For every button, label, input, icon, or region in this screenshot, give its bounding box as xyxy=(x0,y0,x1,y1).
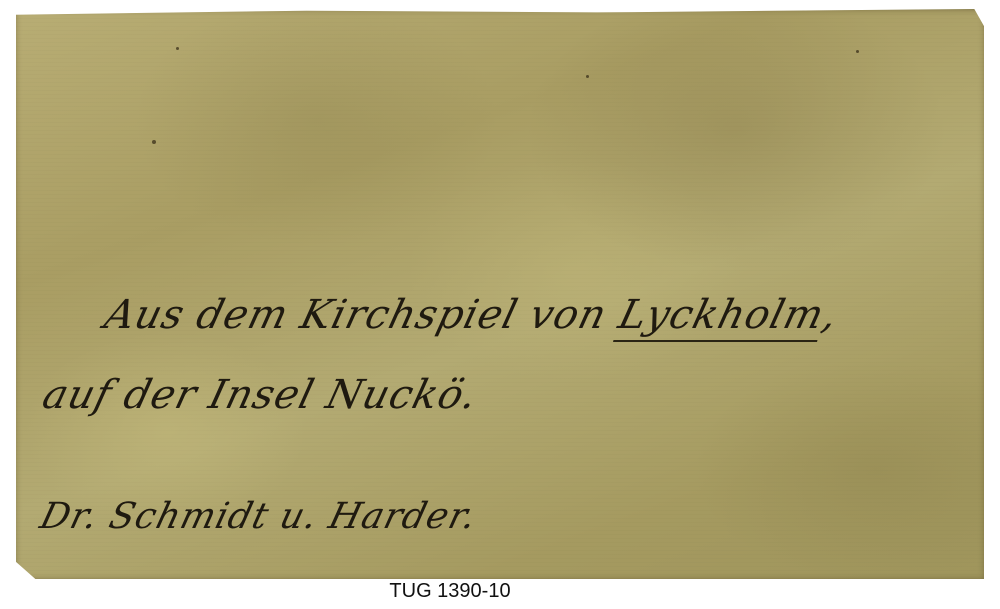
ink-speck xyxy=(856,50,859,53)
ink-speck xyxy=(152,140,156,144)
manuscript-line-1: Aus dem Kirchspiel von Lyckholm, xyxy=(100,292,843,338)
line-1-place-name: Lyckholm xyxy=(613,292,829,342)
ink-speck xyxy=(586,75,589,78)
ink-speck xyxy=(176,47,179,50)
line-1-prefix: Aus dem Kirchspiel von xyxy=(100,292,626,338)
manuscript-signature-line: Dr. Schmidt u. Harder. xyxy=(36,496,481,537)
archive-caption: TUG 1390-10 xyxy=(0,580,900,603)
manuscript-line-2: auf der Insel Nuckö. xyxy=(38,372,482,418)
